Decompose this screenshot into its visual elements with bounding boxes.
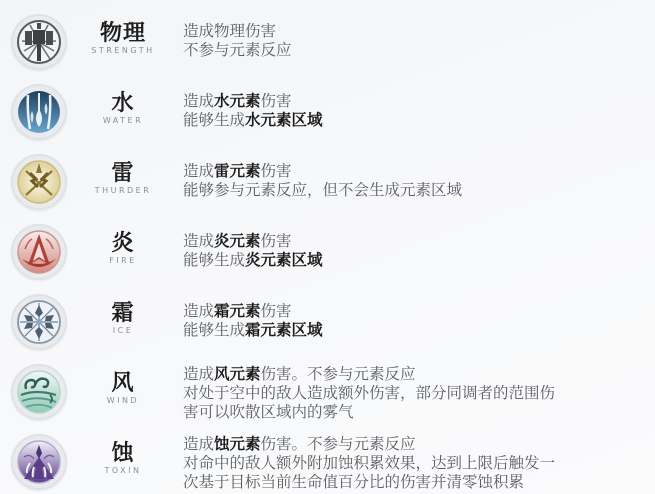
snowflake-icon — [11, 294, 67, 350]
element-name-en: STRENGTH — [86, 46, 160, 56]
element-name-en: THURDER — [86, 186, 160, 196]
element-row-strength: 物理 STRENGTH 造成物理伤害 不参与元素反应 — [0, 8, 655, 78]
description-line: 造成霜元素伤害 — [183, 302, 323, 321]
element-description: 造成水元素伤害 能够生成水元素区域 — [183, 92, 323, 130]
wind-swirl-icon — [11, 364, 67, 420]
description-line: 造成物理伤害 — [183, 22, 292, 41]
element-description: 造成霜元素伤害 能够生成霜元素区域 — [183, 302, 323, 340]
toxin-icon — [11, 434, 67, 490]
element-row-fire: 炎 FIRE 造成炎元素伤害 能够生成炎元素区域 — [0, 218, 655, 288]
element-name-block: 物理 STRENGTH — [86, 21, 160, 56]
element-name-block: 炎 FIRE — [86, 231, 160, 266]
element-name-cn: 物理 — [86, 21, 160, 45]
description-line: 造成风元素伤害。不参与元素反应 — [183, 365, 555, 384]
element-name-cn: 水 — [86, 91, 160, 115]
element-description: 造成炎元素伤害 能够生成炎元素区域 — [183, 232, 323, 270]
element-row-wind: 风 WIND 造成风元素伤害。不参与元素反应 对处于空中的敌人造成额外伤害，部分… — [0, 358, 655, 424]
description-line: 害可以吹散区域内的雾气 — [183, 403, 555, 422]
description-line: 次基于目标当前生命值百分比的伤害并清零蚀积累 — [183, 473, 555, 492]
element-row-thunder: 雷 THURDER 造成雷元素伤害 能够参与元素反应，但不会生成元素区域 — [0, 148, 655, 218]
description-line: 造成水元素伤害 — [183, 92, 323, 111]
element-description: 造成风元素伤害。不参与元素反应 对处于空中的敌人造成额外伤害，部分同调者的范围伤… — [183, 365, 555, 422]
description-line: 不参与元素反应 — [183, 41, 292, 60]
hammer-icon — [11, 14, 67, 70]
description-line: 能够参与元素反应，但不会生成元素区域 — [183, 181, 462, 200]
element-name-cn: 蚀 — [86, 441, 160, 465]
description-line: 能够生成霜元素区域 — [183, 321, 323, 340]
element-description: 造成雷元素伤害 能够参与元素反应，但不会生成元素区域 — [183, 162, 462, 200]
water-drop-icon — [11, 84, 67, 140]
description-line: 造成雷元素伤害 — [183, 162, 462, 181]
description-line: 造成炎元素伤害 — [183, 232, 323, 251]
description-line: 能够生成水元素区域 — [183, 111, 323, 130]
element-row-ice: 霜 ICE 造成霜元素伤害 能够生成霜元素区域 — [0, 288, 655, 358]
element-name-block: 水 WATER — [86, 91, 160, 126]
element-name-block: 蚀 TOXIN — [86, 441, 160, 476]
element-name-en: WIND — [86, 396, 160, 406]
description-line: 造成蚀元素伤害。不参与元素反应 — [183, 435, 555, 454]
element-name-en: ICE — [86, 326, 160, 336]
element-description: 造成蚀元素伤害。不参与元素反应 对命中的敌人额外附加蚀积累效果，达到上限后触发一… — [183, 435, 555, 492]
element-name-en: FIRE — [86, 256, 160, 266]
element-row-water: 水 WATER 造成水元素伤害 能够生成水元素区域 — [0, 78, 655, 148]
element-name-cn: 霜 — [86, 301, 160, 325]
element-name-block: 雷 THURDER — [86, 161, 160, 196]
description-line: 对命中的敌人额外附加蚀积累效果，达到上限后触发一 — [183, 454, 555, 473]
element-name-block: 霜 ICE — [86, 301, 160, 336]
element-name-cn: 炎 — [86, 231, 160, 255]
element-name-cn: 雷 — [86, 161, 160, 185]
element-name-en: WATER — [86, 116, 160, 126]
element-description: 造成物理伤害 不参与元素反应 — [183, 22, 292, 60]
element-name-en: TOXIN — [86, 466, 160, 476]
description-line: 能够生成炎元素区域 — [183, 251, 323, 270]
flame-icon — [11, 224, 67, 280]
element-name-cn: 风 — [86, 371, 160, 395]
element-row-toxin: 蚀 TOXIN 造成蚀元素伤害。不参与元素反应 对命中的敌人额外附加蚀积累效果，… — [0, 428, 655, 494]
description-line: 对处于空中的敌人造成额外伤害，部分同调者的范围伤 — [183, 384, 555, 403]
element-name-block: 风 WIND — [86, 371, 160, 406]
lightning-icon — [11, 154, 67, 210]
